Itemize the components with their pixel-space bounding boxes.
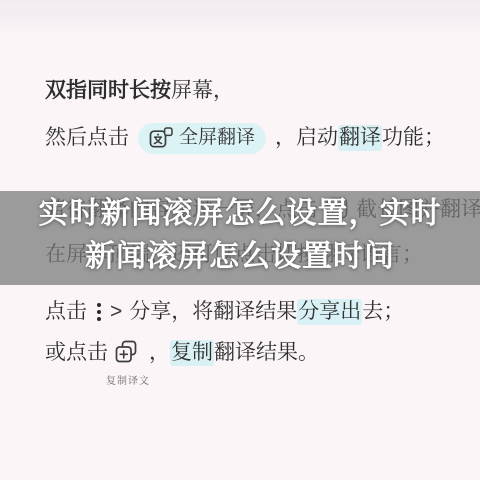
step1-bold-text: 双指同时长按 <box>45 78 171 104</box>
step-line-fullscreen-translate: 然后点击 全屏翻译 ，启动翻译功能； <box>45 122 445 154</box>
step2-prefix: 然后点击 <box>45 125 129 151</box>
overlay-band: 若待翻译内容超过一屏，点击 截长图并翻译； 在屏幕顶端，还可以点击切换翻译语言；… <box>0 191 480 285</box>
top-fade-band <box>0 0 480 34</box>
fullscreen-translate-icon <box>149 127 173 149</box>
step3-mid-pre: 分享，将翻译结果 <box>129 299 297 325</box>
step4-after-pre: ， <box>149 340 170 366</box>
article-title-line1: 实时新闻滚屏怎么设置，实时 <box>0 192 480 235</box>
step-line-share: 点击 > 分享，将翻译结果分享出去； <box>45 299 404 325</box>
step3-mid-post: 去； <box>362 299 404 325</box>
step-line-copy: 或点击 复制译文 ，复制翻译结果。 <box>45 340 319 366</box>
step-line-long-press: 双指同时长按 屏幕， <box>45 78 234 104</box>
copy-translation-button[interactable]: 复制译文 <box>115 340 141 366</box>
step4-prefix: 或点击 <box>45 340 108 366</box>
tutorial-screen: 双指同时长按 屏幕， 然后点击 全屏翻译 ，启动翻译功能； 若待翻译内容超过一屏… <box>0 0 480 480</box>
step2-after-pre: ，启动 <box>275 125 338 151</box>
step2-after-post: 功能； <box>382 125 445 151</box>
article-title-line2: 新闻滚屏怎么设置时间 <box>0 235 480 278</box>
step3-highlighted-text: 分享出 <box>297 299 362 325</box>
copy-translation-icon <box>115 340 141 366</box>
step3-prefix: 点击 <box>45 299 87 325</box>
kebab-menu-icon[interactable] <box>95 300 103 324</box>
fullscreen-translate-label: 全屏翻译 <box>179 125 255 151</box>
article-title: 实时新闻滚屏怎么设置，实时 新闻滚屏怎么设置时间 <box>0 192 480 278</box>
chevron-right-glyph: > <box>110 299 122 325</box>
step4-highlighted-text: 复制 <box>170 340 214 366</box>
step1-rest-text: 屏幕， <box>171 78 234 104</box>
step4-after-post: 翻译结果。 <box>214 340 319 366</box>
copy-icon-caption: 复制译文 <box>106 369 150 395</box>
fullscreen-translate-button[interactable]: 全屏翻译 <box>138 123 266 154</box>
step2-highlighted-text: 翻译 <box>338 125 382 151</box>
